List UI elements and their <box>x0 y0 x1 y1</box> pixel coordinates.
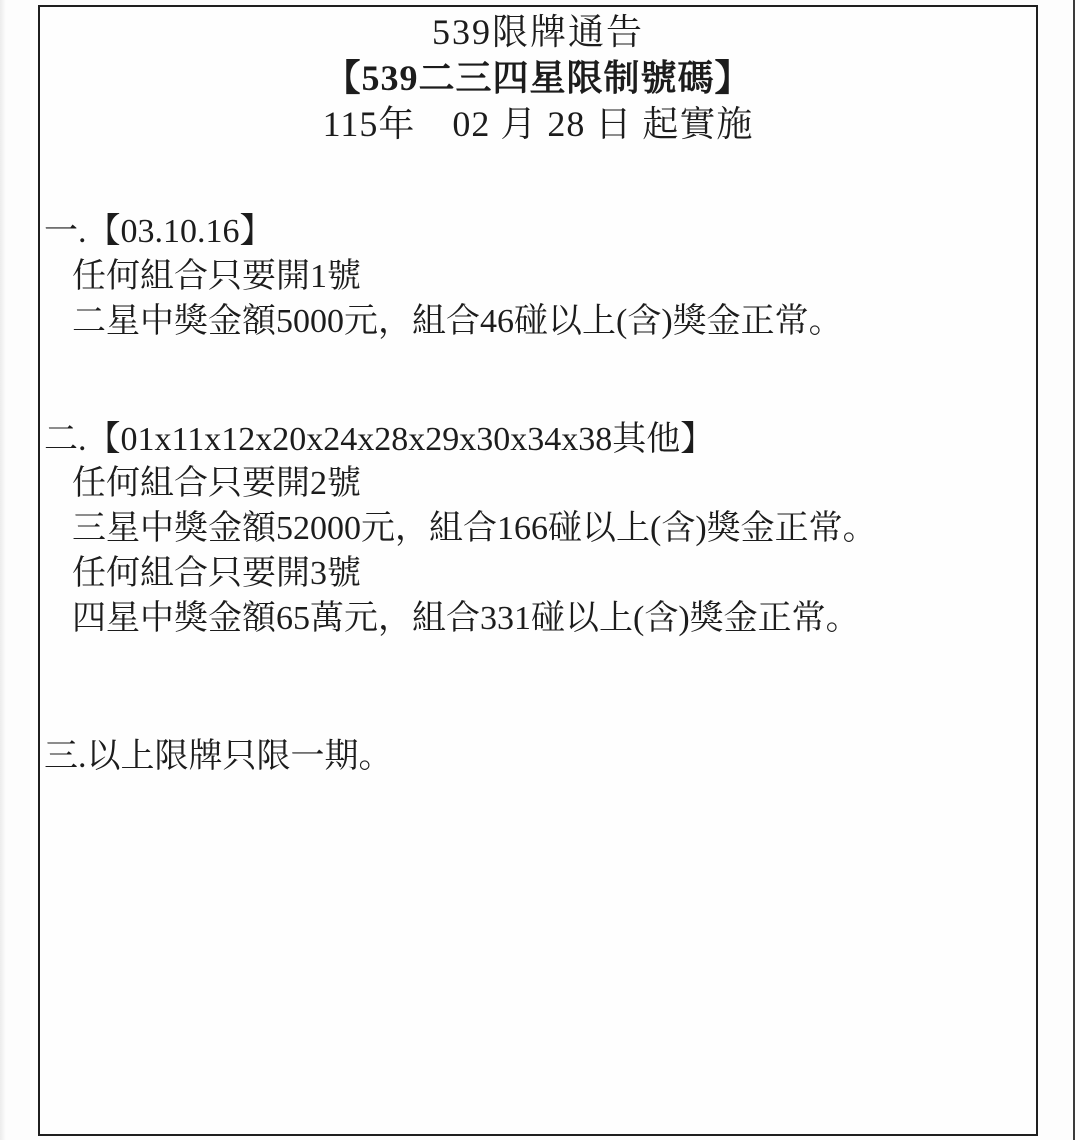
section-2-heading: 二.【01x11x12x20x24x28x29x30x34x38其他】 <box>44 420 714 460</box>
section-2-line-2: 三星中獎金額52000元，組合166碰以上(含)獎金正常。 <box>72 509 877 549</box>
section-2-line-4: 四星中獎金額65萬元，組合331碰以上(含)獎金正常。 <box>72 599 860 639</box>
document-subtitle: 【539二三四星限制號碼】 <box>40 55 1036 101</box>
section-1-line-1: 任何組合只要開1號 <box>72 257 361 297</box>
section-2-line-1: 任何組合只要開2號 <box>72 464 361 504</box>
section-1-heading: 一.【03.10.16】 <box>44 212 274 252</box>
section-1-line-2: 二星中獎金額5000元，組合46碰以上(含)獎金正常。 <box>72 302 843 342</box>
scan-page-edge-line <box>1073 0 1075 1140</box>
section-2-line-3: 任何組合只要開3號 <box>72 554 361 594</box>
document-border-box: 539限牌通告 【539二三四星限制號碼】 115年 02 月 28 日 起實施… <box>38 5 1038 1136</box>
scanned-notice-document: 539限牌通告 【539二三四星限制號碼】 115年 02 月 28 日 起實施… <box>0 0 1080 1140</box>
document-header: 539限牌通告 【539二三四星限制號碼】 115年 02 月 28 日 起實施 <box>40 9 1036 147</box>
effective-date-line: 115年 02 月 28 日 起實施 <box>40 101 1036 147</box>
section-3-heading: 三.以上限牌只限一期。 <box>44 737 393 777</box>
document-title: 539限牌通告 <box>40 9 1036 55</box>
scan-left-shading <box>0 0 6 1140</box>
